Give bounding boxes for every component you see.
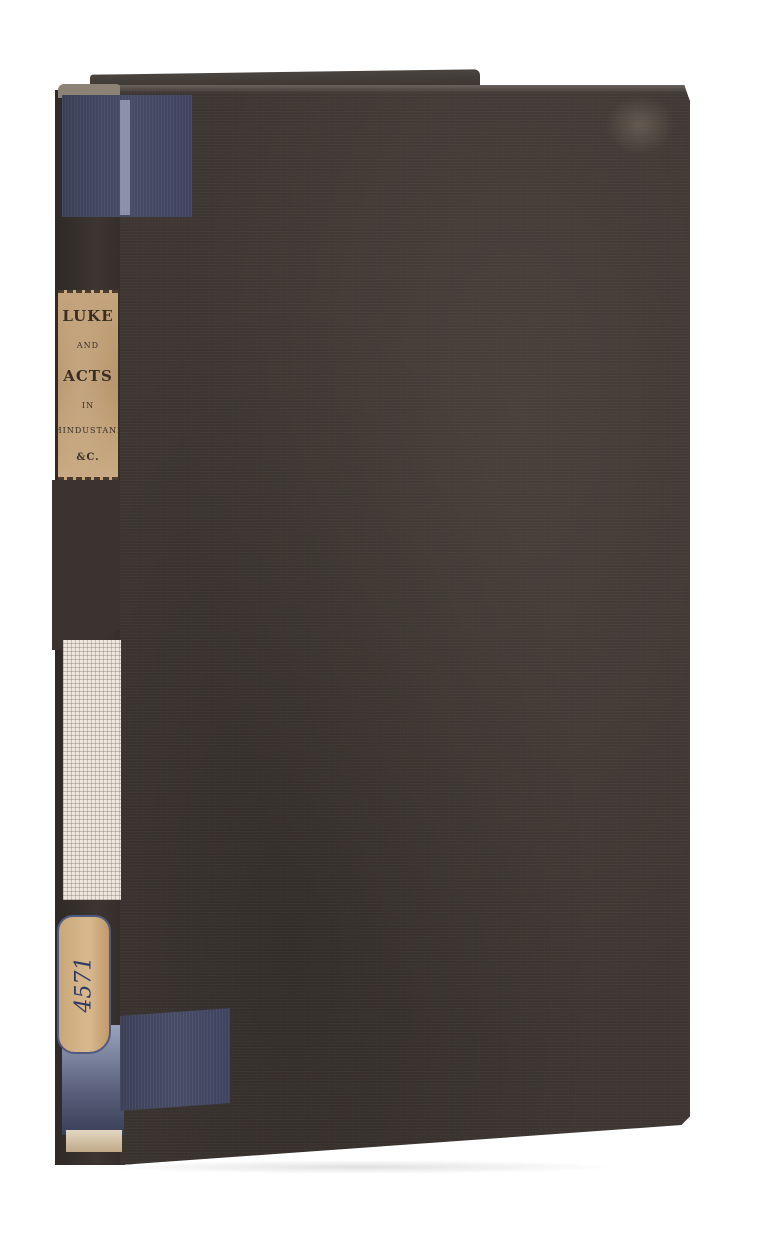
exposed-mull bbox=[63, 640, 121, 900]
spine-title-label: LUKE AND ACTS IN HINDUSTANI &C. bbox=[58, 290, 118, 480]
spine-label-line: IN bbox=[82, 401, 94, 410]
spine-foot-paper bbox=[66, 1130, 122, 1152]
tape-crease bbox=[120, 100, 130, 215]
cover-top-edge bbox=[120, 85, 690, 93]
tape-repair-bottom bbox=[120, 1008, 230, 1111]
spine-label-line: AND bbox=[77, 341, 99, 350]
shelf-mark-text: 4571 bbox=[72, 957, 97, 1013]
shelf-mark-label: 4571 bbox=[57, 915, 111, 1054]
spine-label-line: HINDUSTANI bbox=[58, 426, 118, 435]
spine-label-line: ACTS bbox=[63, 367, 113, 385]
torn-spine-flap bbox=[52, 480, 120, 650]
book-photo: LUKE AND ACTS IN HINDUSTANI &C. 4571 bbox=[0, 0, 766, 1260]
cover-wear-spot bbox=[605, 95, 675, 155]
front-cover bbox=[120, 85, 690, 1165]
spine-label-line: LUKE bbox=[62, 307, 113, 325]
book-shadow bbox=[100, 1160, 620, 1174]
spine-label-line: &C. bbox=[76, 452, 99, 463]
